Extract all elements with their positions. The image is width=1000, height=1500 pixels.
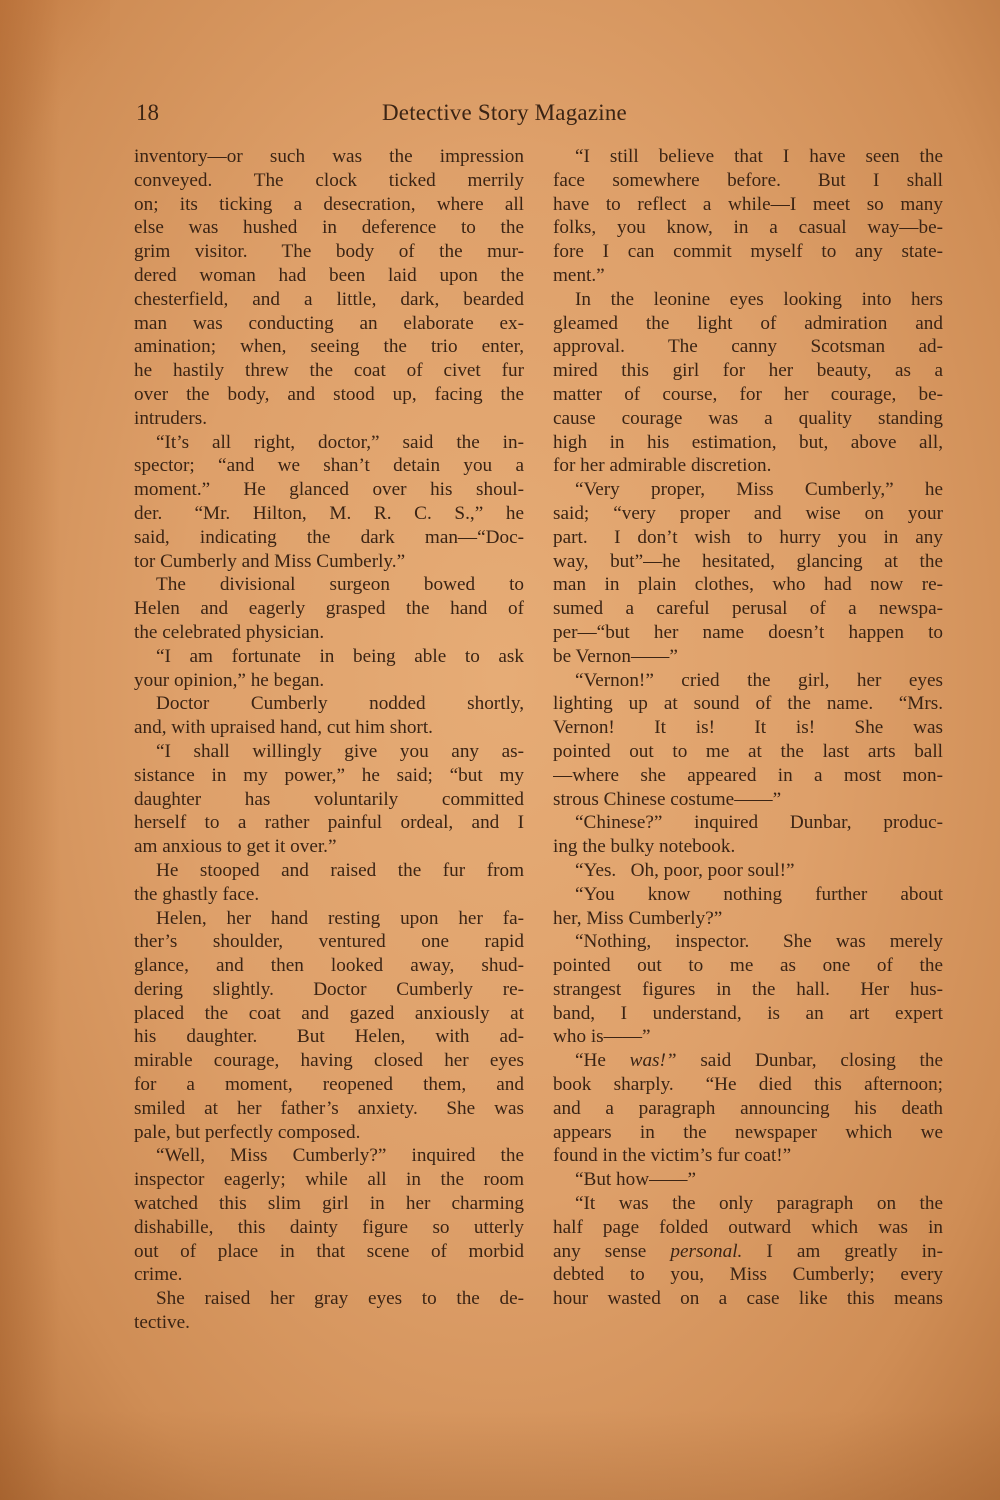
text-line: “I still believe that I have seen the bbox=[553, 145, 943, 169]
text-line: spector; “and we shan’t detain you a bbox=[134, 454, 524, 478]
text-line: tor Cumberly and Miss Cumberly.” bbox=[134, 550, 524, 574]
paragraph: “I am fortunate in being able to askyour… bbox=[134, 645, 524, 693]
page-bottom-shadow bbox=[0, 1410, 1000, 1500]
text-line: face somewhere before. But I shall bbox=[553, 169, 943, 193]
text-line: pointed out to me as one of the bbox=[553, 954, 943, 978]
text-line: lighting up at sound of the name. “Mrs. bbox=[553, 692, 943, 716]
text-line: “Well, Miss Cumberly?” inquired the bbox=[134, 1144, 524, 1168]
text-line: dering slightly. Doctor Cumberly re- bbox=[134, 978, 524, 1002]
text-line: be Vernon——” bbox=[553, 645, 943, 669]
text-line: dered woman had been laid upon the bbox=[134, 264, 524, 288]
paragraph: In the leonine eyes looking into hersgle… bbox=[553, 288, 943, 478]
text-line: cause courage was a quality standing bbox=[553, 407, 943, 431]
text-line: pale, but perfectly composed. bbox=[134, 1121, 524, 1145]
text-line: her, Miss Cumberly?” bbox=[553, 907, 943, 931]
emphasis: was!” bbox=[630, 1050, 677, 1071]
text-line: moment.” He glanced over his shoul- bbox=[134, 478, 524, 502]
text-line: “Vernon!” cried the girl, her eyes bbox=[553, 669, 943, 693]
text-line: and a paragraph announcing his death bbox=[553, 1097, 943, 1121]
text-line: any sense personal. I am greatly in- bbox=[553, 1240, 943, 1264]
text-line: band, I understand, is an art expert bbox=[553, 1002, 943, 1026]
text-line: inspector eagerly; while all in the room bbox=[134, 1168, 524, 1192]
text-line: debted to you, Miss Cumberly; every bbox=[553, 1263, 943, 1287]
text-line: half page folded outward which was in bbox=[553, 1216, 943, 1240]
paragraph: “Well, Miss Cumberly?” inquired theinspe… bbox=[134, 1144, 524, 1287]
text-line: —where she appeared in a most mon- bbox=[553, 764, 943, 788]
page-corner-stain bbox=[0, 0, 110, 140]
text-line: book sharply. “He died this afternoon; bbox=[553, 1073, 943, 1097]
text-line: out of place in that scene of morbid bbox=[134, 1240, 524, 1264]
text-line: ing the bulky notebook. bbox=[553, 835, 943, 859]
paragraph: Helen, her hand resting upon her fa-ther… bbox=[134, 907, 524, 1145]
text-line: “I shall willingly give you any as- bbox=[134, 740, 524, 764]
text-line: the celebrated physician. bbox=[134, 621, 524, 645]
text-line: he hastily threw the coat of civet fur bbox=[134, 359, 524, 383]
page-number: 18 bbox=[136, 97, 159, 129]
text-line: intruders. bbox=[134, 407, 524, 431]
text-line: folks, you know, in a casual way—be- bbox=[553, 216, 943, 240]
paragraph: inventory—or such was the impressionconv… bbox=[134, 145, 524, 431]
text-line: Helen and eagerly grasped the hand of bbox=[134, 597, 524, 621]
text-line: appears in the newspaper which we bbox=[553, 1121, 943, 1145]
text-line: strangest figures in the hall. Her hus- bbox=[553, 978, 943, 1002]
paragraph: “I shall willingly give you any as-sista… bbox=[134, 740, 524, 859]
text-line: found in the victim’s fur coat!” bbox=[553, 1144, 943, 1168]
text-line: herself to a rather painful ordeal, and … bbox=[134, 811, 524, 835]
paragraph: Doctor Cumberly nodded shortly,and, with… bbox=[134, 692, 524, 740]
paragraph: “I still believe that I have seen thefac… bbox=[553, 145, 943, 288]
paragraph: “It’s all right, doctor,” said the in-sp… bbox=[134, 431, 524, 574]
text-line: for a moment, reopened them, and bbox=[134, 1073, 524, 1097]
text-line: Helen, her hand resting upon her fa- bbox=[134, 907, 524, 931]
text-line: sumed a careful perusal of a newspa- bbox=[553, 597, 943, 621]
paragraph: “Yes. Oh, poor, poor soul!” bbox=[553, 859, 943, 883]
paragraph: “Nothing, inspector. She was merelypoint… bbox=[553, 930, 943, 1049]
paragraph: “He was!” said Dunbar, closing thebook s… bbox=[553, 1049, 943, 1168]
text-line: ther’s shoulder, ventured one rapid bbox=[134, 930, 524, 954]
text-line: per—“but her name doesn’t happen to bbox=[553, 621, 943, 645]
text-line: In the leonine eyes looking into hers bbox=[553, 288, 943, 312]
text-line: gleamed the light of admiration and bbox=[553, 312, 943, 336]
text-line: conveyed. The clock ticked merrily bbox=[134, 169, 524, 193]
text-line: He stooped and raised the fur from bbox=[134, 859, 524, 883]
text-line: Doctor Cumberly nodded shortly, bbox=[134, 692, 524, 716]
text-line: mirable courage, having closed her eyes bbox=[134, 1049, 524, 1073]
text-line: man was conducting an elaborate ex- bbox=[134, 312, 524, 336]
page-edge-shadow bbox=[0, 0, 60, 1500]
text-line: have to reflect a while—I meet so many bbox=[553, 193, 943, 217]
text-line: “He was!” said Dunbar, closing the bbox=[553, 1049, 943, 1073]
paragraph: The divisional surgeon bowed toHelen and… bbox=[134, 573, 524, 644]
text-line: high in his estimation, but, above all, bbox=[553, 431, 943, 455]
text-line: on; its ticking a desecration, where all bbox=[134, 193, 524, 217]
text-line: “It’s all right, doctor,” said the in- bbox=[134, 431, 524, 455]
text-line: approval. The canny Scotsman ad- bbox=[553, 335, 943, 359]
text-line: der. “Mr. Hilton, M. R. C. S.,” he bbox=[134, 502, 524, 526]
text-line: dishabille, this dainty figure so utterl… bbox=[134, 1216, 524, 1240]
text-line: ment.” bbox=[553, 264, 943, 288]
text-line: pointed out to me at the last arts ball bbox=[553, 740, 943, 764]
text-line: else was hushed in deference to the bbox=[134, 216, 524, 240]
text-line: inventory—or such was the impression bbox=[134, 145, 524, 169]
text-line: mired this girl for her beauty, as a bbox=[553, 359, 943, 383]
running-head: 18 Detective Story Magazine bbox=[134, 97, 960, 129]
paragraph: “Chinese?” inquired Dunbar, produc-ing t… bbox=[553, 811, 943, 859]
text-line: “I am fortunate in being able to ask bbox=[134, 645, 524, 669]
text-line: Vernon! It is! It is! She was bbox=[553, 716, 943, 740]
text-line: “Nothing, inspector. She was merely bbox=[553, 930, 943, 954]
text-line: fore I can commit myself to any state- bbox=[553, 240, 943, 264]
text-line: strous Chinese costume——” bbox=[553, 788, 943, 812]
text-line: crime. bbox=[134, 1263, 524, 1287]
text-line: his daughter. But Helen, with ad- bbox=[134, 1025, 524, 1049]
text-line: watched this slim girl in her charming bbox=[134, 1192, 524, 1216]
paragraph: “But how——” bbox=[553, 1168, 943, 1192]
text-line: way, but”—he hesitated, glancing at the bbox=[553, 550, 943, 574]
paragraph: “Vernon!” cried the girl, her eyeslighti… bbox=[553, 669, 943, 812]
text-line: glance, and then looked away, shud- bbox=[134, 954, 524, 978]
text-line: grim visitor. The body of the mur- bbox=[134, 240, 524, 264]
emphasis: personal. bbox=[670, 1241, 742, 1262]
paragraph: “You know nothing further abouther, Miss… bbox=[553, 883, 943, 931]
text-line: said; “very proper and wise on your bbox=[553, 502, 943, 526]
paragraph: He stooped and raised the fur fromthe gh… bbox=[134, 859, 524, 907]
paragraph: “Very proper, Miss Cumberly,” hesaid; “v… bbox=[553, 478, 943, 668]
text-line: “Yes. Oh, poor, poor soul!” bbox=[553, 859, 943, 883]
text-column-left: inventory—or such was the impressionconv… bbox=[134, 145, 524, 1335]
text-line: man in plain clothes, who had now re- bbox=[553, 573, 943, 597]
text-line: “But how——” bbox=[553, 1168, 943, 1192]
text-line: for her admirable discretion. bbox=[553, 454, 943, 478]
paragraph: She raised her gray eyes to the de-tecti… bbox=[134, 1287, 524, 1335]
text-line: part. I don’t wish to hurry you in any bbox=[553, 526, 943, 550]
text-line: daughter has voluntarily committed bbox=[134, 788, 524, 812]
text-line: amination; when, seeing the trio enter, bbox=[134, 335, 524, 359]
text-line: said, indicating the dark man—“Doc- bbox=[134, 526, 524, 550]
text-line: tective. bbox=[134, 1311, 524, 1335]
text-line: am anxious to get it over.” bbox=[134, 835, 524, 859]
text-line: your opinion,” he began. bbox=[134, 669, 524, 693]
text-line: the ghastly face. bbox=[134, 883, 524, 907]
text-line: and, with upraised hand, cut him short. bbox=[134, 716, 524, 740]
text-line: chesterfield, and a little, dark, bearde… bbox=[134, 288, 524, 312]
text-column-right: “I still believe that I have seen thefac… bbox=[553, 145, 943, 1311]
text-line: who is——” bbox=[553, 1025, 943, 1049]
text-line: placed the coat and gazed anxiously at bbox=[134, 1002, 524, 1026]
text-line: “It was the only paragraph on the bbox=[553, 1192, 943, 1216]
paragraph: “It was the only paragraph on thehalf pa… bbox=[553, 1192, 943, 1311]
text-line: “Chinese?” inquired Dunbar, produc- bbox=[553, 811, 943, 835]
magazine-title: Detective Story Magazine bbox=[382, 97, 627, 129]
text-line: sistance in my power,” he said; “but my bbox=[134, 764, 524, 788]
text-line: She raised her gray eyes to the de- bbox=[134, 1287, 524, 1311]
text-line: hour wasted on a case like this means bbox=[553, 1287, 943, 1311]
text-line: “Very proper, Miss Cumberly,” he bbox=[553, 478, 943, 502]
text-line: over the body, and stood up, facing the bbox=[134, 383, 524, 407]
text-line: smiled at her father’s anxiety. She was bbox=[134, 1097, 524, 1121]
text-line: The divisional surgeon bowed to bbox=[134, 573, 524, 597]
text-line: matter of course, for her courage, be- bbox=[553, 383, 943, 407]
text-line: “You know nothing further about bbox=[553, 883, 943, 907]
